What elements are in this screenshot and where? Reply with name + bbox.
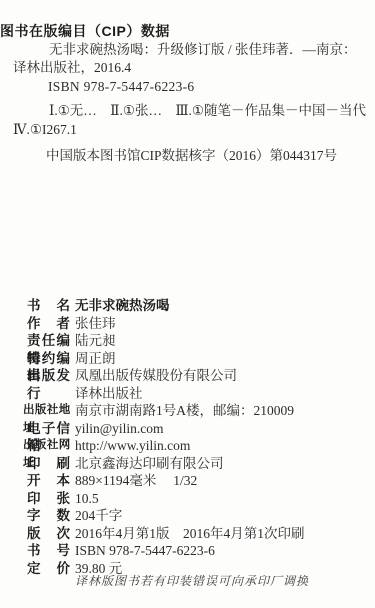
cip-section: 图书在版编目（CIP）数据 无非求碗热汤喝：升级修订版 / 张佳玮著．—南京： … (0, 22, 375, 166)
colophon-row: 特约编辑 周正朗 (27, 350, 369, 368)
colophon-row-value: 10.5 (75, 490, 99, 508)
colophon-row-value: 凤凰出版传媒股份有限公司 (75, 367, 237, 385)
colophon-row-label: 定价 (27, 560, 70, 578)
colophon-row-label: 出版社地址 (23, 402, 70, 420)
colophon-row: 出版发行 凤凰出版传媒股份有限公司 (27, 367, 369, 385)
colophon-table: 书名 无非求碗热汤喝 作者 张佳玮 责任编辑 陆元昶 特约编辑 周正朗 出版发行… (27, 297, 369, 577)
colophon-row-label: 印张 (27, 490, 70, 508)
colophon-row-value: 陆元昶 (75, 332, 116, 350)
colophon-row-label: 版次 (27, 525, 70, 543)
colophon-row-value: 南京市湖南路1号A楼，邮编：210009 (75, 402, 294, 420)
cip-record-line: 中国版本图书馆CIP数据核字（2016）第044317号 (46, 147, 375, 166)
colophon-row: 出版社地址 南京市湖南路1号A楼，邮编：210009 (27, 402, 369, 420)
cip-classification-line: Ⅳ.①I267.1 (13, 121, 375, 140)
cip-title-line: 无非求碗热汤喝：升级修订版 / 张佳玮著．—南京： (49, 41, 375, 60)
colophon-row: 字数 204千字 (27, 507, 369, 525)
colophon-row-label: 出版社网址 (23, 437, 70, 455)
colophon-row-value: 张佳玮 (75, 315, 116, 333)
colophon-row-value: 译林出版社 (75, 385, 143, 403)
colophon-row-value: 2016年4月第1版 2016年4月第1次印刷 (75, 525, 305, 543)
colophon-row-label: 书号 (27, 542, 70, 560)
colophon-row-label: 印刷 (27, 455, 70, 473)
errata-note: 译林版图书若有印装错误可向承印厂调换 (75, 573, 309, 589)
cip-publisher-line: 译林出版社，2016.4 (13, 59, 375, 78)
colophon-row: 版次 2016年4月第1版 2016年4月第1次印刷 (27, 525, 369, 543)
colophon-row-value: ISBN 978-7-5447-6223-6 (75, 542, 215, 560)
cip-isbn-line: ISBN 978-7-5447-6223-6 (48, 78, 375, 97)
colophon-row-value: 周正朗 (75, 350, 116, 368)
colophon-row-label: 电子信箱 (27, 420, 70, 438)
colophon-row: 印刷 北京鑫海达印刷有限公司 (27, 455, 369, 473)
colophon-row-value: 北京鑫海达印刷有限公司 (75, 455, 224, 473)
colophon-row: 责任编辑 陆元昶 (27, 332, 369, 350)
colophon-row: 书号 ISBN 978-7-5447-6223-6 (27, 542, 369, 560)
colophon-row-value: 无非求碗热汤喝 (75, 297, 170, 315)
colophon-row-label: 字数 (27, 507, 70, 525)
colophon-row-label: 特约编辑 (27, 350, 70, 368)
colophon-row-label: 责任编辑 (27, 332, 70, 350)
copyright-page: 图书在版编目（CIP）数据 无非求碗热汤喝：升级修订版 / 张佳玮著．—南京： … (0, 0, 375, 608)
colophon-row-value: 204千字 (75, 507, 122, 525)
colophon-row: 出版社网址 http://www.yilin.com (27, 437, 369, 455)
colophon-row-label: 作者 (27, 315, 70, 333)
colophon-row-value: http://www.yilin.com (75, 437, 190, 455)
cip-heading: 图书在版编目（CIP）数据 (0, 22, 375, 41)
colophon-row-label: 开本 (27, 472, 70, 490)
colophon-row: 印张 10.5 (27, 490, 369, 508)
colophon-row-value: 889×1194毫米 1/32 (75, 472, 197, 490)
colophon-row-label (27, 385, 70, 403)
colophon-row: 开本 889×1194毫米 1/32 (27, 472, 369, 490)
colophon-row-value: yilin@yilin.com (75, 420, 164, 438)
colophon-row-label: 出版发行 (27, 367, 70, 385)
colophon-row: 电子信箱 yilin@yilin.com (27, 420, 369, 438)
colophon-row: 作者 张佳玮 (27, 315, 369, 333)
colophon-row: 译林出版社 (27, 385, 369, 403)
colophon-row-label: 书名 (27, 297, 70, 315)
cip-classification-line: Ⅰ.①无… Ⅱ.①张… Ⅲ.①随笔－作品集－中国－当代 (49, 102, 375, 121)
colophon-row: 书名 无非求碗热汤喝 (27, 297, 369, 315)
